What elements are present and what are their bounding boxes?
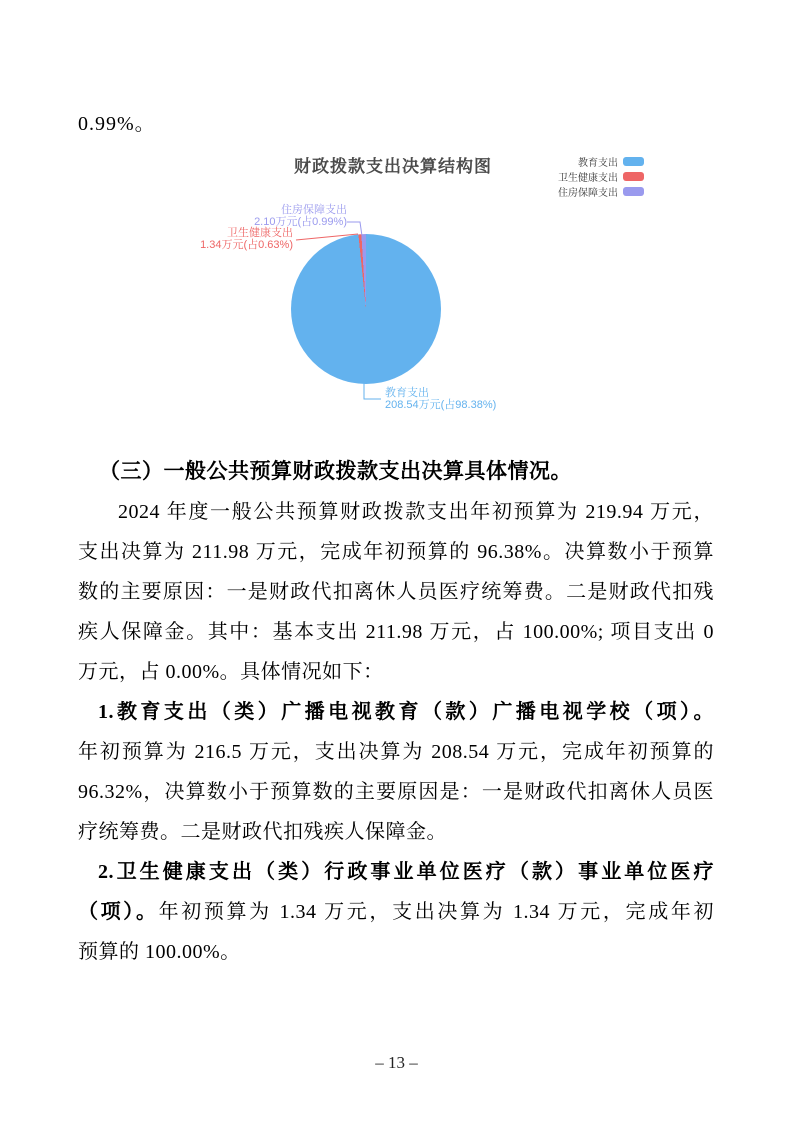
body-line: 2.卫生健康支出（类）行政事业单位医疗（款）事业单位医疗 <box>78 852 714 892</box>
body-line: 2024 年度一般公共预算财政拨款支出年初预算为 219.94 万元， <box>78 492 714 532</box>
body-line: （项）。年初预算为 1.34 万元，支出决算为 1.34 万元，完成年初 <box>78 892 714 932</box>
body-line: 疾人保障金。其中：基本支出 211.98 万元，占 100.00%; 项目支出 … <box>78 612 714 652</box>
body-line: 万元，占 0.00%。具体情况如下： <box>78 652 714 692</box>
pie-label-housing: 住房保障支出 2.10万元(占0.99%) <box>254 204 347 228</box>
page-number: – 13 – <box>0 1053 793 1073</box>
pie-label-name: 卫生健康支出 <box>200 227 293 239</box>
pie-label-value: 208.54万元(占98.38%) <box>385 399 496 411</box>
body-line: 数的主要原因：一是财政代扣离休人员医疗统筹费。二是财政代扣残 <box>78 572 714 612</box>
section-heading: （三）一般公共预算财政拨款支出决算具体情况。 <box>78 450 714 492</box>
callout-line-health <box>296 234 358 240</box>
body-line: 预算的 100.00%。 <box>78 932 714 972</box>
pie-label-name: 教育支出 <box>385 387 496 399</box>
document-body: （三）一般公共预算财政拨款支出决算具体情况。 2024 年度一般公共预算财政拨款… <box>78 450 714 972</box>
pie-label-health: 卫生健康支出 1.34万元(占0.63%) <box>200 227 293 251</box>
body-line: 支出决算为 211.98 万元，完成年初预算的 96.38%。决算数小于预算 <box>78 532 714 572</box>
body-line: 1.教育支出（类）广播电视教育（款）广播电视学校（项）。 <box>78 692 714 732</box>
body-line: 疗统筹费。二是财政代扣残疾人保障金。 <box>78 812 714 852</box>
pie-chart-figure: 财政拨款支出决算结构图 教育支出 卫生健康支出 住房保障支出 住房保障支出 2.… <box>180 140 745 440</box>
pie-label-value: 1.34万元(占0.63%) <box>200 239 293 251</box>
pie-label-education: 教育支出 208.54万元(占98.38%) <box>385 387 496 411</box>
top-fragment-text: 0.99%。 <box>78 110 156 138</box>
body-line: 年初预算为 216.5 万元，支出决算为 208.54 万元，完成年初预算的 <box>78 732 714 772</box>
pie-label-name: 住房保障支出 <box>254 204 347 216</box>
body-line: 96.32%，决算数小于预算数的主要原因是：一是财政代扣离休人员医 <box>78 772 714 812</box>
document-page: { "page": { "top_text": "0.99%。", "page_… <box>0 0 793 1122</box>
callout-line-education <box>364 383 381 399</box>
